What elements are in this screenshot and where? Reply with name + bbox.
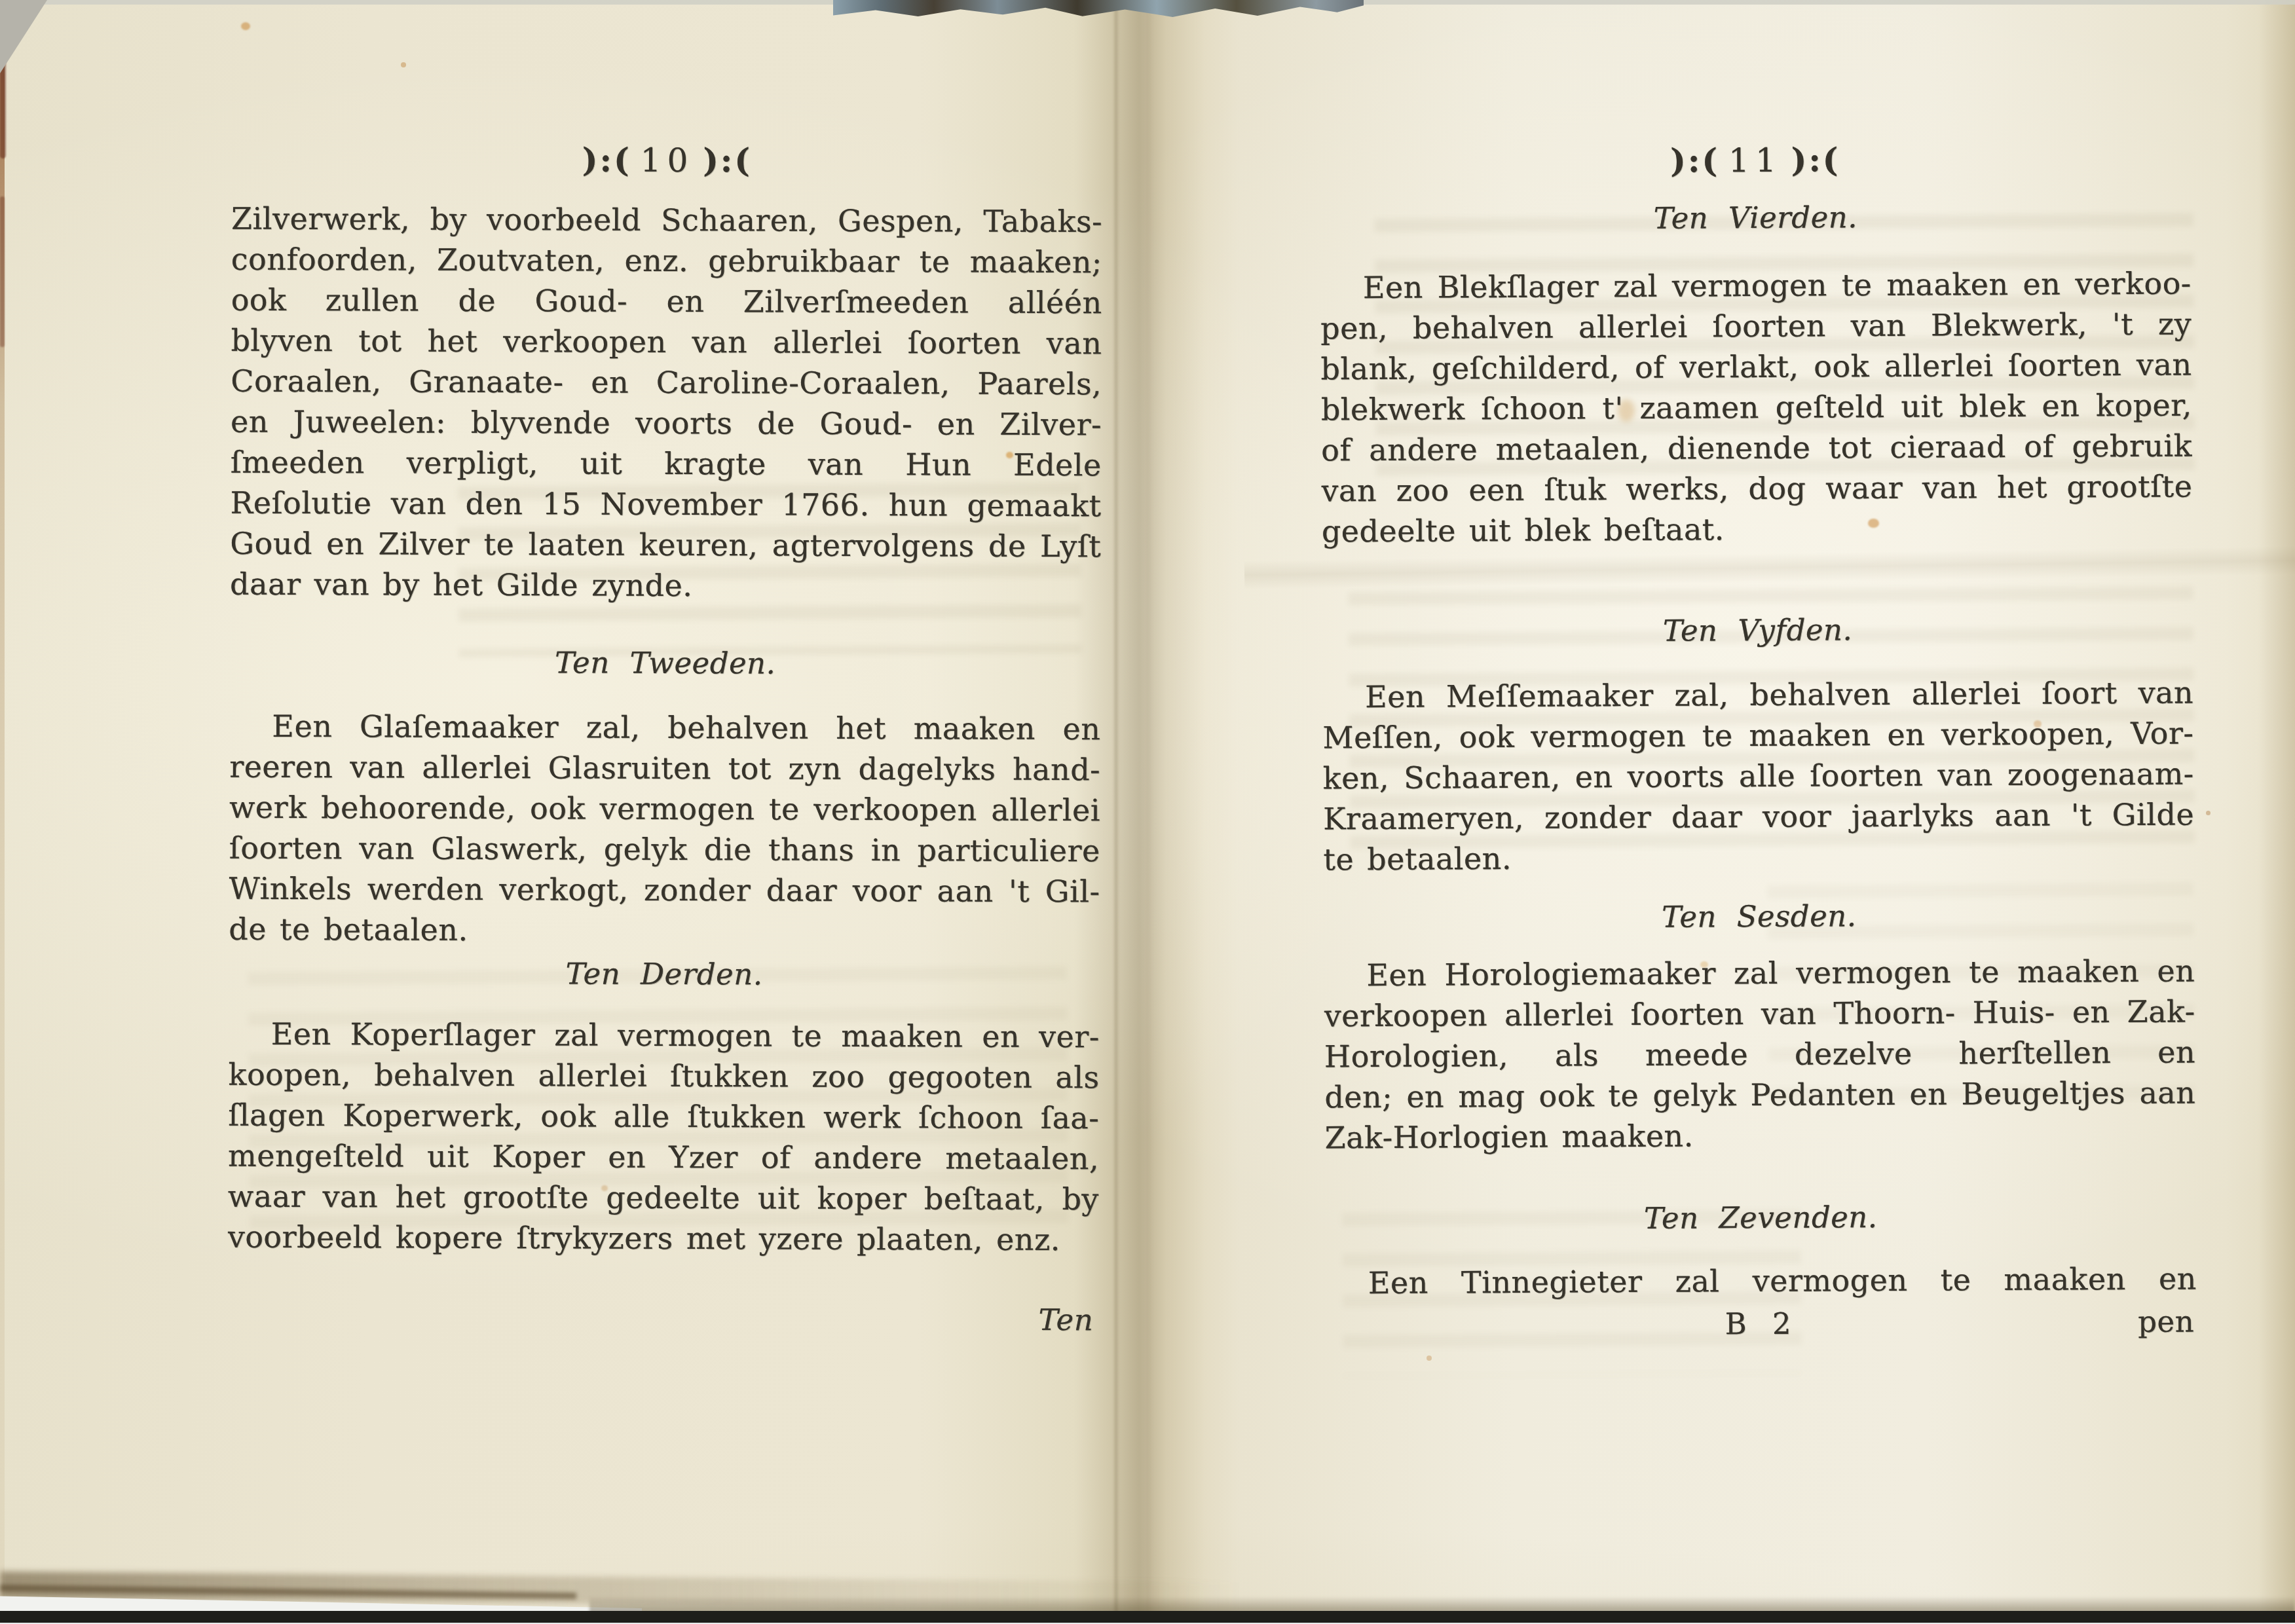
text-line: Een Koperſlager zal vermogen te maaken e… (229, 1014, 1100, 1058)
paragraph: Een Tinnegieter zal vermogen te maaken e… (1326, 1259, 2197, 1304)
text-line: Zilverwerk, by voorbeeld Schaaren, Gespe… (231, 198, 1102, 242)
text-line: Een Meſſemaaker zal, behalven allerlei ſ… (1322, 673, 2193, 718)
text-line: ook zullen de Goud- en Zilverſmeeden all… (231, 280, 1102, 323)
text-line: blank, geſchilderd, of verlakt, ook alle… (1320, 344, 2192, 390)
page-10: ):(10):( Zilverwerk, by voorbeeld Schaar… (227, 0, 1104, 1614)
section-heading: Ten Zevenden. (1325, 1198, 2196, 1239)
page-11: ):(11):( Ten Vierden.Een Blekſlager zal … (1319, 0, 2199, 1614)
page-footer: B 2pen (1326, 1302, 2197, 1349)
text-line: Reſolutie van den 15 November 1766. hun … (231, 483, 1102, 526)
text-line: den; en mag ook te gelyk Pedanten en Beu… (1324, 1073, 2195, 1118)
gutter-crease-line-2 (1147, 0, 1149, 1612)
header-ornament-left: ):( (1670, 141, 1719, 179)
text-line: ken, Schaaren, en voorts alle ſoorten va… (1323, 754, 2194, 799)
text-line: voorbeeld kopere ſtrykyzers met yzere pl… (228, 1217, 1099, 1261)
foxing-spot (2206, 811, 2211, 815)
paragraph: Een Blekſlager zal vermogen te maaken en… (1320, 263, 2193, 552)
text-line: Horologien, als meede dezelve herſtellen… (1324, 1032, 2195, 1077)
text-line: te betaalen. (1323, 835, 2194, 880)
signature-mark: B 2 (1326, 1302, 2197, 1346)
text-line: blekwerk ſchoon t' zaamen geſteld uit bl… (1321, 385, 2192, 430)
text-line: Goud en Zilver te laaten keuren, agtervo… (230, 523, 1101, 567)
left-edge-stain-2 (0, 196, 5, 347)
text-line: ſmeeden verpligt, uit kragte van Hun Ede… (231, 442, 1102, 486)
text-line: en Juweelen: blyvende voorts de Goud- en… (231, 401, 1102, 445)
paragraph: Een Koperſlager zal vermogen te maaken e… (228, 1014, 1100, 1261)
page-number-header: ):(10):( (231, 139, 1102, 182)
header-ornament-left: ):( (582, 141, 631, 179)
text-line: verkoopen allerlei ſoorten van Thoorn- H… (1324, 991, 2195, 1037)
page-number-header: ):(11):( (1320, 139, 2191, 183)
catchword: Ten (227, 1299, 1093, 1340)
text-line: Een Blekſlager zal vermogen te maaken en… (1320, 263, 2192, 308)
text-line: daar van by het Gilde zynde. (230, 564, 1101, 608)
text-line: werk behoorende, ook vermogen te verkoop… (229, 787, 1100, 831)
text-line: Een Horologiemaaker zal vermogen te maak… (1324, 951, 2195, 996)
text-line: Een Tinnegieter zal vermogen te maaken e… (1326, 1259, 2197, 1304)
text-line: pen, behalven allerlei ſoorten van Blekw… (1320, 304, 2192, 349)
paragraph: Een Horologiemaaker zal vermogen te maak… (1324, 951, 2196, 1158)
paper-edge-right-shading (2258, 0, 2295, 1612)
text-line: mengeſteld uit Koper en Yzer of andere m… (228, 1135, 1099, 1179)
text-line: van zoo een ſtuk werks, dog waar van het… (1321, 466, 2192, 511)
section-heading: Ten Derden. (229, 955, 1100, 995)
text-line: koopen, behalven allerlei ſtukken zoo ge… (228, 1054, 1099, 1098)
text-line: blyven tot het verkoopen van allerlei ſo… (231, 320, 1102, 364)
paragraph: Een Glaſemaaker zal, behalven het maaken… (229, 706, 1100, 953)
text-line: ſlagen Koperwerk, ook alle ſtukken werk … (228, 1095, 1099, 1139)
page-number: 10 (631, 141, 703, 179)
section-heading: Ten Sesden. (1324, 896, 2195, 938)
text-line: Coraalen, Granaate- en Caroline-Coraalen… (231, 361, 1102, 405)
text-line: Winkels werden verkogt, zonder daar voor… (229, 868, 1100, 912)
paragraph: Zilverwerk, by voorbeeld Schaaren, Gespe… (230, 198, 1102, 608)
text-line: de te betaalen. (229, 909, 1100, 953)
text-line: ſoorten van Glaswerk, gelyk die thans in… (229, 828, 1100, 872)
section-heading: Ten Vyfden. (1322, 610, 2193, 652)
text-line: waar van het grootſte gedeelte uit koper… (228, 1176, 1099, 1220)
text-line: Een Glaſemaaker zal, behalven het maaken… (229, 706, 1100, 750)
section-heading: Ten Vierden. (1320, 198, 2191, 239)
gutter-crease-line (1115, 0, 1117, 1612)
section-heading: Ten Tweeden. (230, 644, 1101, 684)
paragraph: Een Meſſemaaker zal, behalven allerlei ſ… (1322, 673, 2195, 880)
text-line: gedeelte uit blek beſtaat. (1322, 507, 2193, 552)
bottom-edge-shadow (589, 1596, 2295, 1612)
text-line: reeren van allerlei Glasruiten tot zyn d… (229, 747, 1100, 790)
scanner-bed-strip (0, 1611, 2295, 1623)
catchword: pen (2138, 1302, 2194, 1342)
header-ornament-right: ):( (703, 141, 752, 179)
text-line: Meſſen, ook vermogen te maaken en verkoo… (1322, 713, 2193, 758)
book-scan: ):(10):( Zilverwerk, by voorbeeld Schaar… (0, 0, 2295, 1624)
page-number: 11 (1719, 141, 1791, 180)
paper-spread: ):(10):( Zilverwerk, by voorbeeld Schaar… (0, 0, 2295, 1612)
text-line: of andere metaalen, dienende tot cieraad… (1321, 426, 2192, 471)
text-line: Zak-Horlogien maaken. (1324, 1113, 2195, 1158)
header-ornament-right: ):( (1791, 140, 1840, 179)
text-line: Kraameryen, zonder daar voor jaarlyks aa… (1323, 794, 2194, 840)
text-line: confoorden, Zoutvaten, enz. gebruikbaar … (231, 239, 1102, 283)
